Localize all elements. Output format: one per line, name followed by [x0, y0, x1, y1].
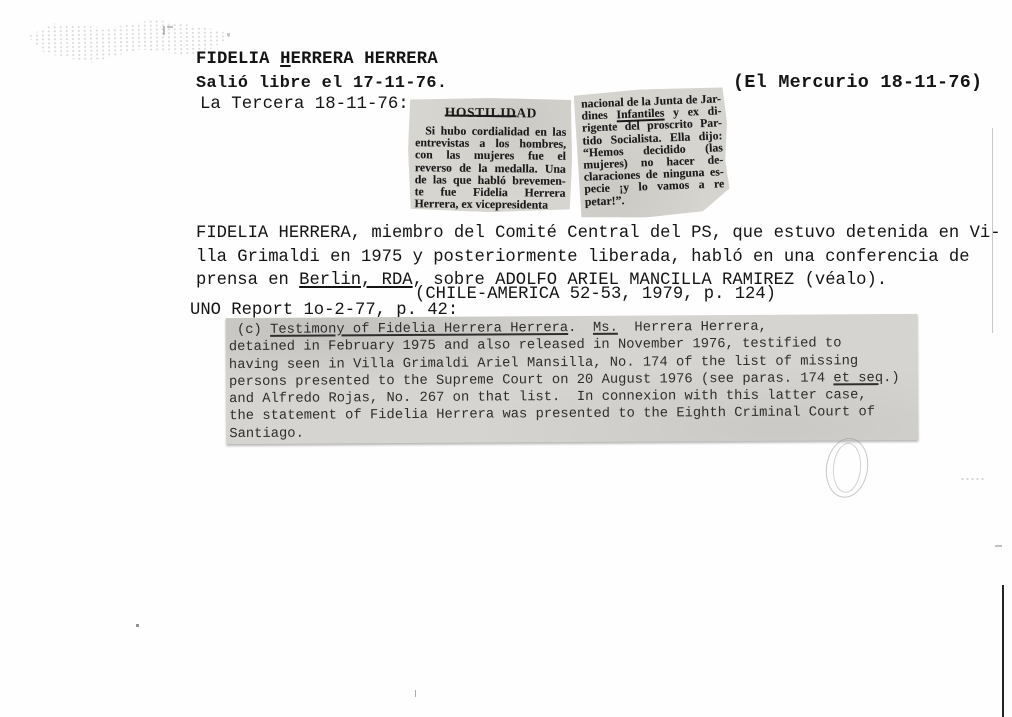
scan-speck [136, 624, 139, 627]
scan-speck [167, 26, 173, 28]
text-segment: Herrera Herrera, [618, 320, 767, 336]
title-segment: FIDELIA [196, 50, 280, 69]
title-segment: ERRERA HERRERA [291, 50, 438, 69]
el-mercurio-source-line: (El Mercurio 18-11-76) [733, 72, 982, 93]
underlined-et-seq: et seq [833, 371, 883, 386]
scan-speck [163, 26, 165, 35]
document-title: FIDELIA HERRERA HERRERA [196, 50, 438, 69]
text-segment: .) [883, 371, 900, 386]
headline-rest: AD [516, 105, 537, 120]
newspaper-clipping-hostilidad: HOSTILIDAD Si hubo cordialidad en las en… [407, 97, 572, 213]
underlined-place: Berlin, RDA [299, 271, 412, 290]
paragraph-line-2: lla Grimaldi en 1975 y posteriormente li… [196, 248, 970, 267]
title-underlined-letter: H [280, 50, 291, 69]
scan-speck [415, 690, 416, 697]
scanned-document-page: FIDELIA HERRERA HERRERA Salió libre el 1… [0, 0, 1012, 717]
scan-speck [227, 33, 230, 36]
text-segment: . [568, 321, 593, 336]
scan-edge-line-dark [1002, 585, 1004, 717]
headline-underlined: HOSTILID [445, 105, 517, 121]
clipping-headline: HOSTILIDAD [415, 104, 566, 122]
newspaper-clipping-junta-jardines: nacional de la Junta de Jar- dines Infan… [574, 86, 731, 220]
scan-edge-dash [995, 545, 1002, 547]
la-tercera-source-line: La Tercera 18-11-76: [200, 95, 409, 114]
citation-line: (CHILE-AMERICA 52-53, 1979, p. 124) [415, 285, 776, 304]
underlined-ms: Ms. [593, 321, 618, 336]
text-segment: (c) [229, 323, 270, 338]
embossed-stamp-mark [818, 434, 879, 501]
scan-edge-dots [960, 478, 986, 480]
clipping-text-line: Herrera, ex vicepresidenta [414, 197, 565, 211]
release-date-line: Salió libre el 17-11-76. [196, 74, 447, 93]
excerpt-line: Santiago. [229, 422, 918, 444]
underlined-testimony-title: Testimony of Fidelia Herrera Herrera [270, 321, 568, 338]
text-segment: prensa en [196, 271, 299, 290]
uno-report-excerpt-strip: (c) Testimony of Fidelia Herrera Herrera… [226, 314, 919, 444]
paragraph-line-1: FIDELIA HERRERA, miembro del Comité Cent… [196, 224, 1001, 243]
